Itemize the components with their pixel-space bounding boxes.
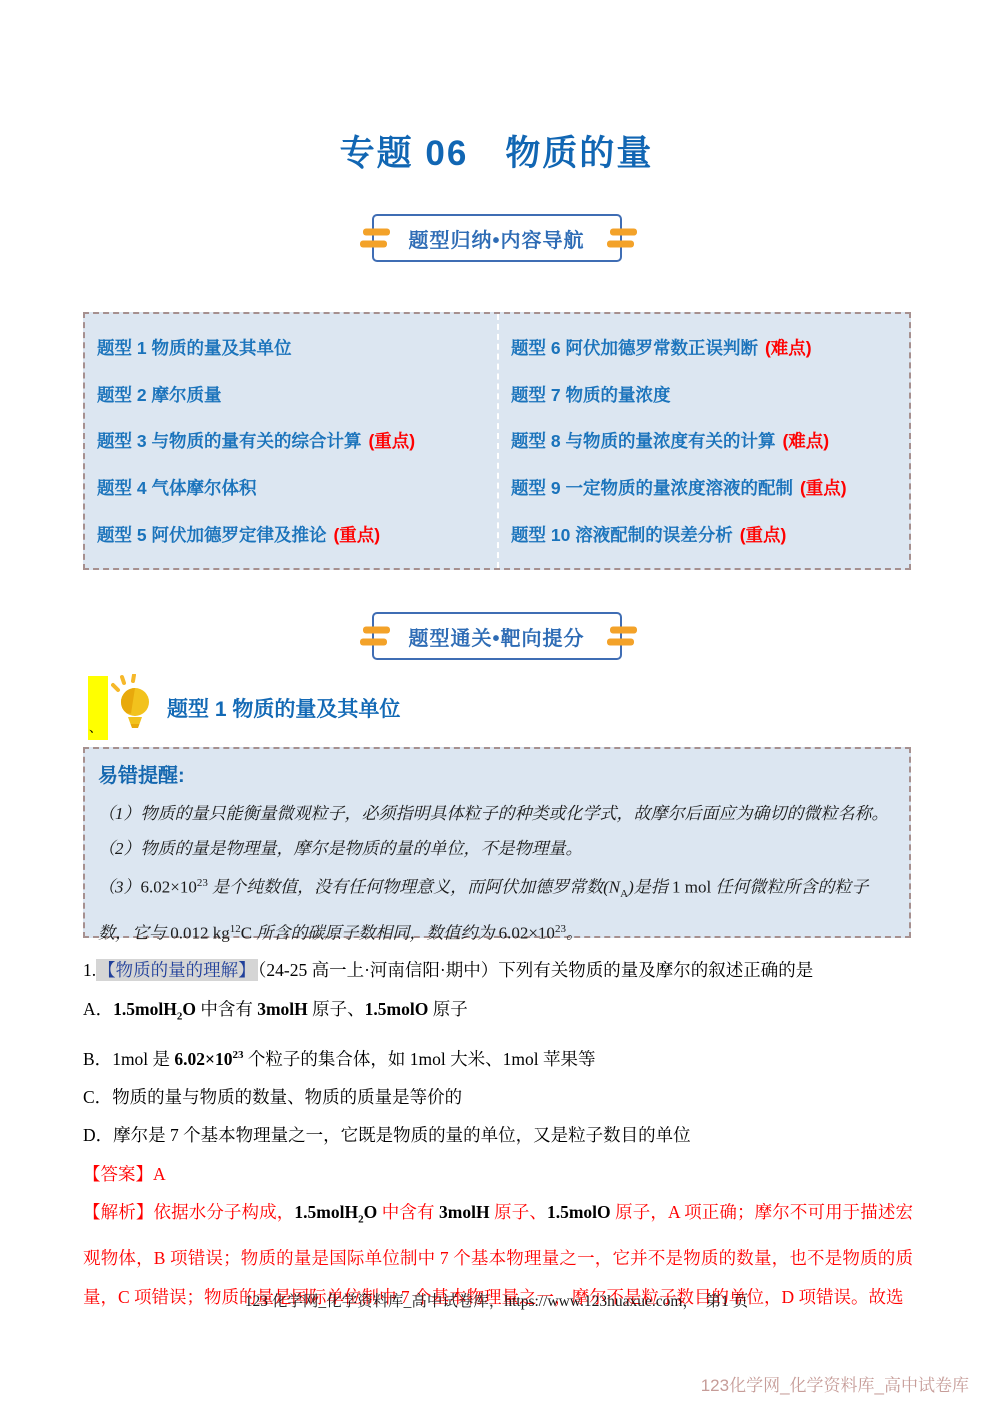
double-bar-icon (360, 627, 387, 646)
reminder-box: 易错提醒: （1）物质的量只能衡量微观粒子，必须指明具体粒子的种类或化学式，故摩… (83, 747, 911, 938)
question-stem: 1.【物质的量的理解】（24-25 高一上·河南信阳·期中）下列有关物质的量及摩… (83, 951, 913, 990)
toc-item: 题型 2 摩尔质量 (97, 382, 497, 407)
option-a: A．1.5molH2O 中含有 3molH 原子、1.5molO 原子 (83, 990, 913, 1036)
option-d: D．摩尔是 7 个基本物理量之一，它既是物质的量的单位，又是粒子数目的单位 (83, 1116, 913, 1155)
double-bar-icon (607, 627, 634, 646)
reminder-point-2: （2）物质的量是物理量，摩尔是物质的量的单位，不是物理量。 (98, 831, 896, 866)
banner-nav: 题型归纳•内容导航 (372, 214, 622, 262)
toc-item-tag: (重点) (333, 525, 380, 545)
formula: 3molH (439, 1202, 490, 1222)
toc-item: 题型 5 阿伏加德罗定律及推论(重点) (97, 522, 497, 547)
question-source: （24-25 高一上·河南信阳·期中） (258, 960, 499, 980)
toc-item: 题型 4 气体摩尔体积 (97, 475, 497, 500)
answer-value: A (153, 1164, 166, 1184)
analysis-label: 【解析】 (83, 1202, 153, 1222)
toc-item: 题型 1 物质的量及其单位 (97, 335, 497, 360)
pause-mark: 、 (89, 717, 102, 736)
answer-label: 【答案】 (83, 1164, 153, 1184)
banner-practice: 题型通关•靶向提分 (372, 612, 622, 660)
page-title: 专题 06 物质的量 (0, 126, 993, 176)
toc-item: 题型 3 与物质的量有关的综合计算(重点) (97, 428, 497, 453)
toc-item: 题型 9 一定物质的量浓度溶液的配制(重点) (511, 475, 909, 500)
formula: 1.5molO (365, 999, 429, 1019)
page-footer: 123 化学网_化学资料库_高中试卷库，https://www.123huaxu… (0, 1289, 993, 1311)
reminder-point-3: （3）6.02×1023 是个纯数值，没有任何物理意义，而阿伏加德罗常数(NA)… (98, 866, 896, 951)
yellow-highlight-bar: 、 (88, 676, 108, 740)
question-block: 1.【物质的量的理解】（24-25 高一上·河南信阳·期中）下列有关物质的量及摩… (83, 951, 913, 1316)
option-b: B．1mol 是 6.02×1023 个粒子的集合体，如 1mol 大米、1mo… (83, 1036, 913, 1078)
toc-item-tag: (重点) (800, 478, 847, 498)
formula: 6.02×10 (174, 1048, 232, 1068)
banner-practice-label: 题型通关•靶向提分 (408, 622, 584, 651)
toc-item-tag: (重点) (740, 525, 787, 545)
toc-item: 题型 8 与物质的量浓度有关的计算(难点) (511, 428, 909, 453)
option-c: C．物质的量与物质的数量、物质的质量是等价的 (83, 1078, 913, 1117)
document-page: 专题 06 物质的量 题型归纳•内容导航 题型 1 物质的量及其单位 题型 2 … (0, 0, 993, 1404)
toc-box: 题型 1 物质的量及其单位 题型 2 摩尔质量 题型 3 与物质的量有关的综合计… (83, 312, 911, 570)
double-bar-icon (360, 229, 387, 248)
toc-item-tag: (重点) (368, 431, 415, 451)
banner-nav-label: 题型归纳•内容导航 (408, 224, 584, 253)
section-title: 题型 1 物质的量及其单位 (167, 693, 400, 723)
reminder-title: 易错提醒: (98, 759, 896, 788)
reminder-point-1: （1）物质的量只能衡量微观粒子，必须指明具体粒子的种类或化学式，故摩尔后面应为确… (98, 796, 896, 831)
watermark: 123化学网_化学资料库_高中试卷库 (701, 1371, 969, 1396)
formula: 3molH (257, 999, 308, 1019)
formula: 1.5molH (113, 999, 177, 1019)
toc-item-tag: (难点) (782, 431, 829, 451)
formula: 1.5molO (547, 1202, 611, 1222)
toc-item: 题型 7 物质的量浓度 (511, 382, 909, 407)
section-header: 、 题型 1 物质的量及其单位 (88, 676, 400, 740)
toc-column-left: 题型 1 物质的量及其单位 题型 2 摩尔质量 题型 3 与物质的量有关的综合计… (85, 314, 497, 568)
question-number: 1. (83, 960, 96, 980)
toc-item-tag: (难点) (765, 338, 812, 358)
question-topic-tag: 【物质的量的理解】 (96, 959, 258, 981)
toc-item: 题型 10 溶液配制的误差分析(重点) (511, 522, 909, 547)
answer-line: 【答案】A (83, 1155, 913, 1194)
toc-column-right: 题型 6 阿伏加德罗常数正误判断(难点) 题型 7 物质的量浓度 题型 8 与物… (497, 314, 909, 568)
formula: 1.5molH (294, 1202, 358, 1222)
double-bar-icon (607, 229, 634, 248)
toc-item: 题型 6 阿伏加德罗常数正误判断(难点) (511, 335, 909, 360)
lightbulb-icon (111, 674, 155, 735)
